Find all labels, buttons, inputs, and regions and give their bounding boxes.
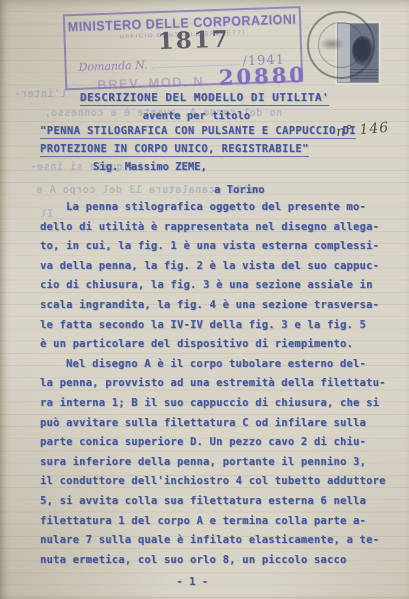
text-line: 5, si avvita colla sua filettatura ester… xyxy=(40,492,380,512)
circular-postmark-icon xyxy=(307,11,375,79)
patent-title-line2: PROTEZIONE IN CORPO UNICO, REGISTRABILE" xyxy=(40,143,309,157)
postmark-ink-smudge xyxy=(319,37,345,51)
page-number: - 1 - xyxy=(176,576,208,588)
text-line: La penna stilografica oggetto del presen… xyxy=(40,198,380,218)
registry-number: 1817 xyxy=(157,26,230,55)
footer-row: - 1 - xyxy=(0,570,384,589)
text-line: può avvitare sulla filettatura C od infi… xyxy=(40,414,380,434)
text-line: il conduttore dell'inchiostro 4 col tube… xyxy=(40,472,380,492)
patent-document-page: l'inter-no del corpo A. avente è e conne… xyxy=(0,0,409,599)
text-line: va della penna, la fig. 2 è la vista del… xyxy=(40,257,380,277)
ministry-registry-stamp: MINISTERO DELLE CORPORAZIONI UFFICIO CEN… xyxy=(63,6,316,91)
applicant-name: Sig. Massimo ZEME, xyxy=(93,161,207,173)
text-line: è un particolare del dispositivo di riem… xyxy=(40,335,380,355)
patent-title-line1: "PENNA STILOGRAFICA CON PULSANTE E CAPPU… xyxy=(40,125,356,139)
text-line: cio di chiusura, la fig. 3 è una sezione… xyxy=(40,276,380,296)
doc-title-row: DESCRIZIONE DEL MODELLO DI UTILITA' xyxy=(0,86,409,106)
document-subtitle: avente per titolo xyxy=(143,110,250,122)
body-text: La penna stilografica oggetto del presen… xyxy=(40,198,380,570)
text-line: nuta ermetica, col suo orlo 8, un piccol… xyxy=(40,551,380,571)
text-line: to, in cui, la fig. 1 è una vista estern… xyxy=(40,237,380,257)
text-line: la penna, provvisto ad una estremità del… xyxy=(40,374,380,394)
text-line: dello di utilità è rappresentata nel dis… xyxy=(40,218,380,238)
text-line: scala ingrandita, la fig. 4 è una sezion… xyxy=(40,296,380,316)
text-line: nulare 7 sulla quale è infilato elastica… xyxy=(40,531,380,551)
applicant-location: a Torino xyxy=(214,184,265,196)
subtitle-row: avente per titolo xyxy=(0,104,393,123)
text-line: filettatura 1 del corpo A e termina coll… xyxy=(40,512,380,532)
text-line: ra interna 1; B il suo cappuccio di chiu… xyxy=(40,394,380,414)
text-line: le fatta secondo la IV-IV della fig. 3 e… xyxy=(40,316,380,336)
text-line: sura inferiore della penna, portante il … xyxy=(40,453,380,473)
text-line: Nel disegno A è il corpo tubolare estern… xyxy=(40,355,380,375)
text-line: parte conica superiore D. Un pezzo cavo … xyxy=(40,433,380,453)
